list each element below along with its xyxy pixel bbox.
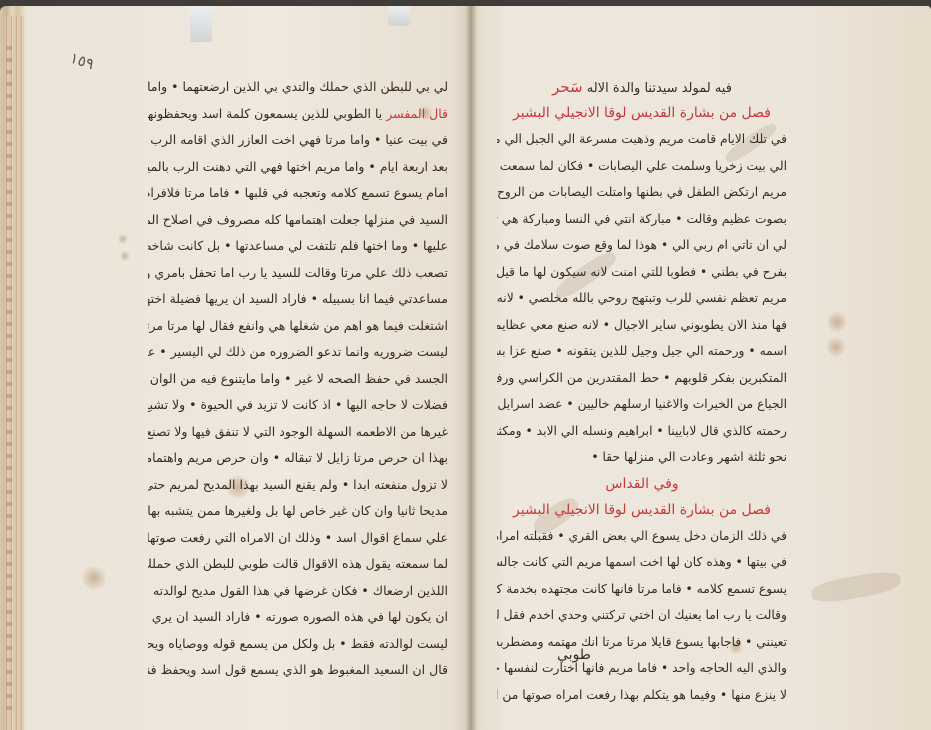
text-line: تعينني • فاجابها يسوع قايلا مرتا مرتا ان… — [497, 629, 787, 656]
text-line: المتكبرين بفكر قلوبهم • حط المقتدرين من … — [497, 365, 787, 392]
text-line: اسمه • ورحمته الي جيل وجيل للذين يتقونه … — [497, 338, 787, 365]
stain — [120, 251, 130, 261]
text-line: لما سمعته يقول هذه الاقوال قالت طوبي للب… — [148, 551, 448, 578]
left-page-text: لي بي للبطن الذي حملك والتدي بي الذين ار… — [148, 74, 448, 684]
lectionary-title: فيه لمولد سيدتنا والدة الاله سَحر — [497, 74, 787, 100]
text-line: مساعدتي فيما انا بسبيله • فاراد السيد ان… — [148, 286, 448, 313]
text-line: بفرح في بطني • فطوبا للتي امنت لانه سيكو… — [497, 259, 787, 286]
page-fore-edge — [4, 16, 24, 730]
text-line: بعد اربعة ايام • واما مريم اختها فهي الت… — [148, 154, 448, 181]
text-line: اللذين ارضعاك • فكان غرضها في هذا القول … — [148, 578, 448, 605]
smudge — [810, 568, 902, 605]
text-line: في ذلك الزمان دخل يسوع الي بعض القري • ف… — [497, 523, 787, 550]
text-line: اشتغلت فيما هو اهم من شغلها هي وانفع فقا… — [148, 313, 448, 340]
stain — [828, 311, 846, 333]
text-line: قال ان السعيد المغبوط هو الذي يسمع قول ا… — [148, 657, 448, 684]
text-line: في بيت عنيا • واما مرتا فهي اخت العازر ا… — [148, 127, 448, 154]
text-line: الجسد في حفظ الصحه لا غير • واما مايتنوع… — [148, 366, 448, 393]
text-line: ليست ضروريه وانما تدعو الضروره من ذلك لي… — [148, 339, 448, 366]
stain — [827, 337, 845, 357]
section-heading-1: فصل من بشارة القديس لوقا الانجيلي البشير — [497, 100, 787, 126]
text-line: نحو ثلثة اشهر وعادت الي منزلها حقا • — [497, 444, 787, 471]
tape-strip — [388, 6, 410, 26]
text-line: قال المفسر يا الطوبي للذين يسمعون كلمة ا… — [148, 101, 448, 128]
rubric-marginal: قال المفسر — [386, 106, 448, 121]
rubric-liturgy: وفي القداس — [497, 471, 787, 497]
text-line: لا تزول منفعته ابدا • ولم يقنع السيد بهذ… — [148, 472, 448, 499]
text-line: وقالت يا رب اما يعنيك ان اختي تركتني وحد… — [497, 602, 787, 629]
folio-number: ١٥٩ — [68, 49, 97, 74]
section-heading-2: فصل من بشارة القديس لوقا الانجيلي البشير — [497, 497, 787, 523]
text-line: فضلات لا حاجه اليها • اذ كانت لا تزيد في… — [148, 392, 448, 419]
text-line: غيرها من الاطعمه السهلة الوجود التي لا ت… — [148, 419, 448, 446]
book-gutter — [465, 6, 477, 730]
rubric-sahar: سَحر — [552, 78, 583, 96]
text-line: بهذا ان حرص مرتا زايل لا تبقاله • وان حر… — [148, 445, 448, 472]
text-line: الي بيت زخريا وسلمت علي اليصابات • فكان … — [497, 153, 787, 180]
text-line: يسوع تسمع كلامه • فاما مرتا فانها كانت م… — [497, 576, 787, 603]
text-line: فها منذ الان يطوبوني ساير الاجيال • لانه… — [497, 312, 787, 339]
text-line: لا ينزع منها • وفيما هو يتكلم بهذا رفعت … — [497, 682, 787, 709]
text-line: عليها • وما اختها فلم تلتفت لي مساعدتها … — [148, 233, 448, 260]
text-line: بصوت عظيم وقالت • مباركة انتي في النسا و… — [497, 206, 787, 233]
open-manuscript: ١٥٩ لي بي للبطن الذي حملك والتدي بي الذي… — [0, 6, 931, 730]
right-page: فيه لمولد سيدتنا والدة الاله سَحر فصل من… — [471, 6, 931, 730]
text-line: لي ان تاتي ام ربي الي • هوذا لما وقع صوت… — [497, 232, 787, 259]
stain — [118, 234, 128, 244]
stain — [82, 566, 106, 590]
text-line: في تلك الايام قامت مريم وذهبت مسرعة الي … — [497, 126, 787, 153]
text-line: ان يكون لها في هذه الصوره صورته • فاراد … — [148, 604, 448, 631]
text-line: مديحا ثانيا وان كان غير خاص لها بل ولغير… — [148, 498, 448, 525]
catchword: طوبي — [557, 647, 591, 663]
text-line: ليست لوالدته فقط • بل ولكل من يسمع قوله … — [148, 631, 448, 658]
left-page: ١٥٩ لي بي للبطن الذي حملك والتدي بي الذي… — [0, 6, 471, 730]
text-line: امام يسوع تسمع كلامه وتعجبه في قلبها • ف… — [148, 180, 448, 207]
text-line: تصعب ذلك علي مرتا وقالت للسيد يا رب اما … — [148, 260, 448, 287]
text-line: مريم ارتكض الطفل في بطنها وامتلت اليصابا… — [497, 179, 787, 206]
text-line: الجياع من الخيرات والاغنيا ارسلهم خاليين… — [497, 391, 787, 418]
text-line: رحمته كالذي قال لابايينا • ابراهيم ونسله… — [497, 418, 787, 445]
text-line: مريم تعظم نفسي للرب وتبتهج روحي بالله مخ… — [497, 285, 787, 312]
tape-strip — [190, 6, 212, 42]
text-line: في بيتها • وهذه كان لها اخت اسمها مريم ا… — [497, 549, 787, 576]
text-line: والذي اليه الحاجه واحد • فاما مريم فانها… — [497, 655, 787, 682]
text-line: السيد في منزلها جعلت اهتمامها كله مصروف … — [148, 207, 448, 234]
text-line: علي سماع اقوال اسد • وذلك ان الامراه الت… — [148, 525, 448, 552]
text-line: لي بي للبطن الذي حملك والتدي بي الذين ار… — [148, 74, 448, 101]
right-page-text: فيه لمولد سيدتنا والدة الاله سَحر فصل من… — [497, 74, 787, 708]
